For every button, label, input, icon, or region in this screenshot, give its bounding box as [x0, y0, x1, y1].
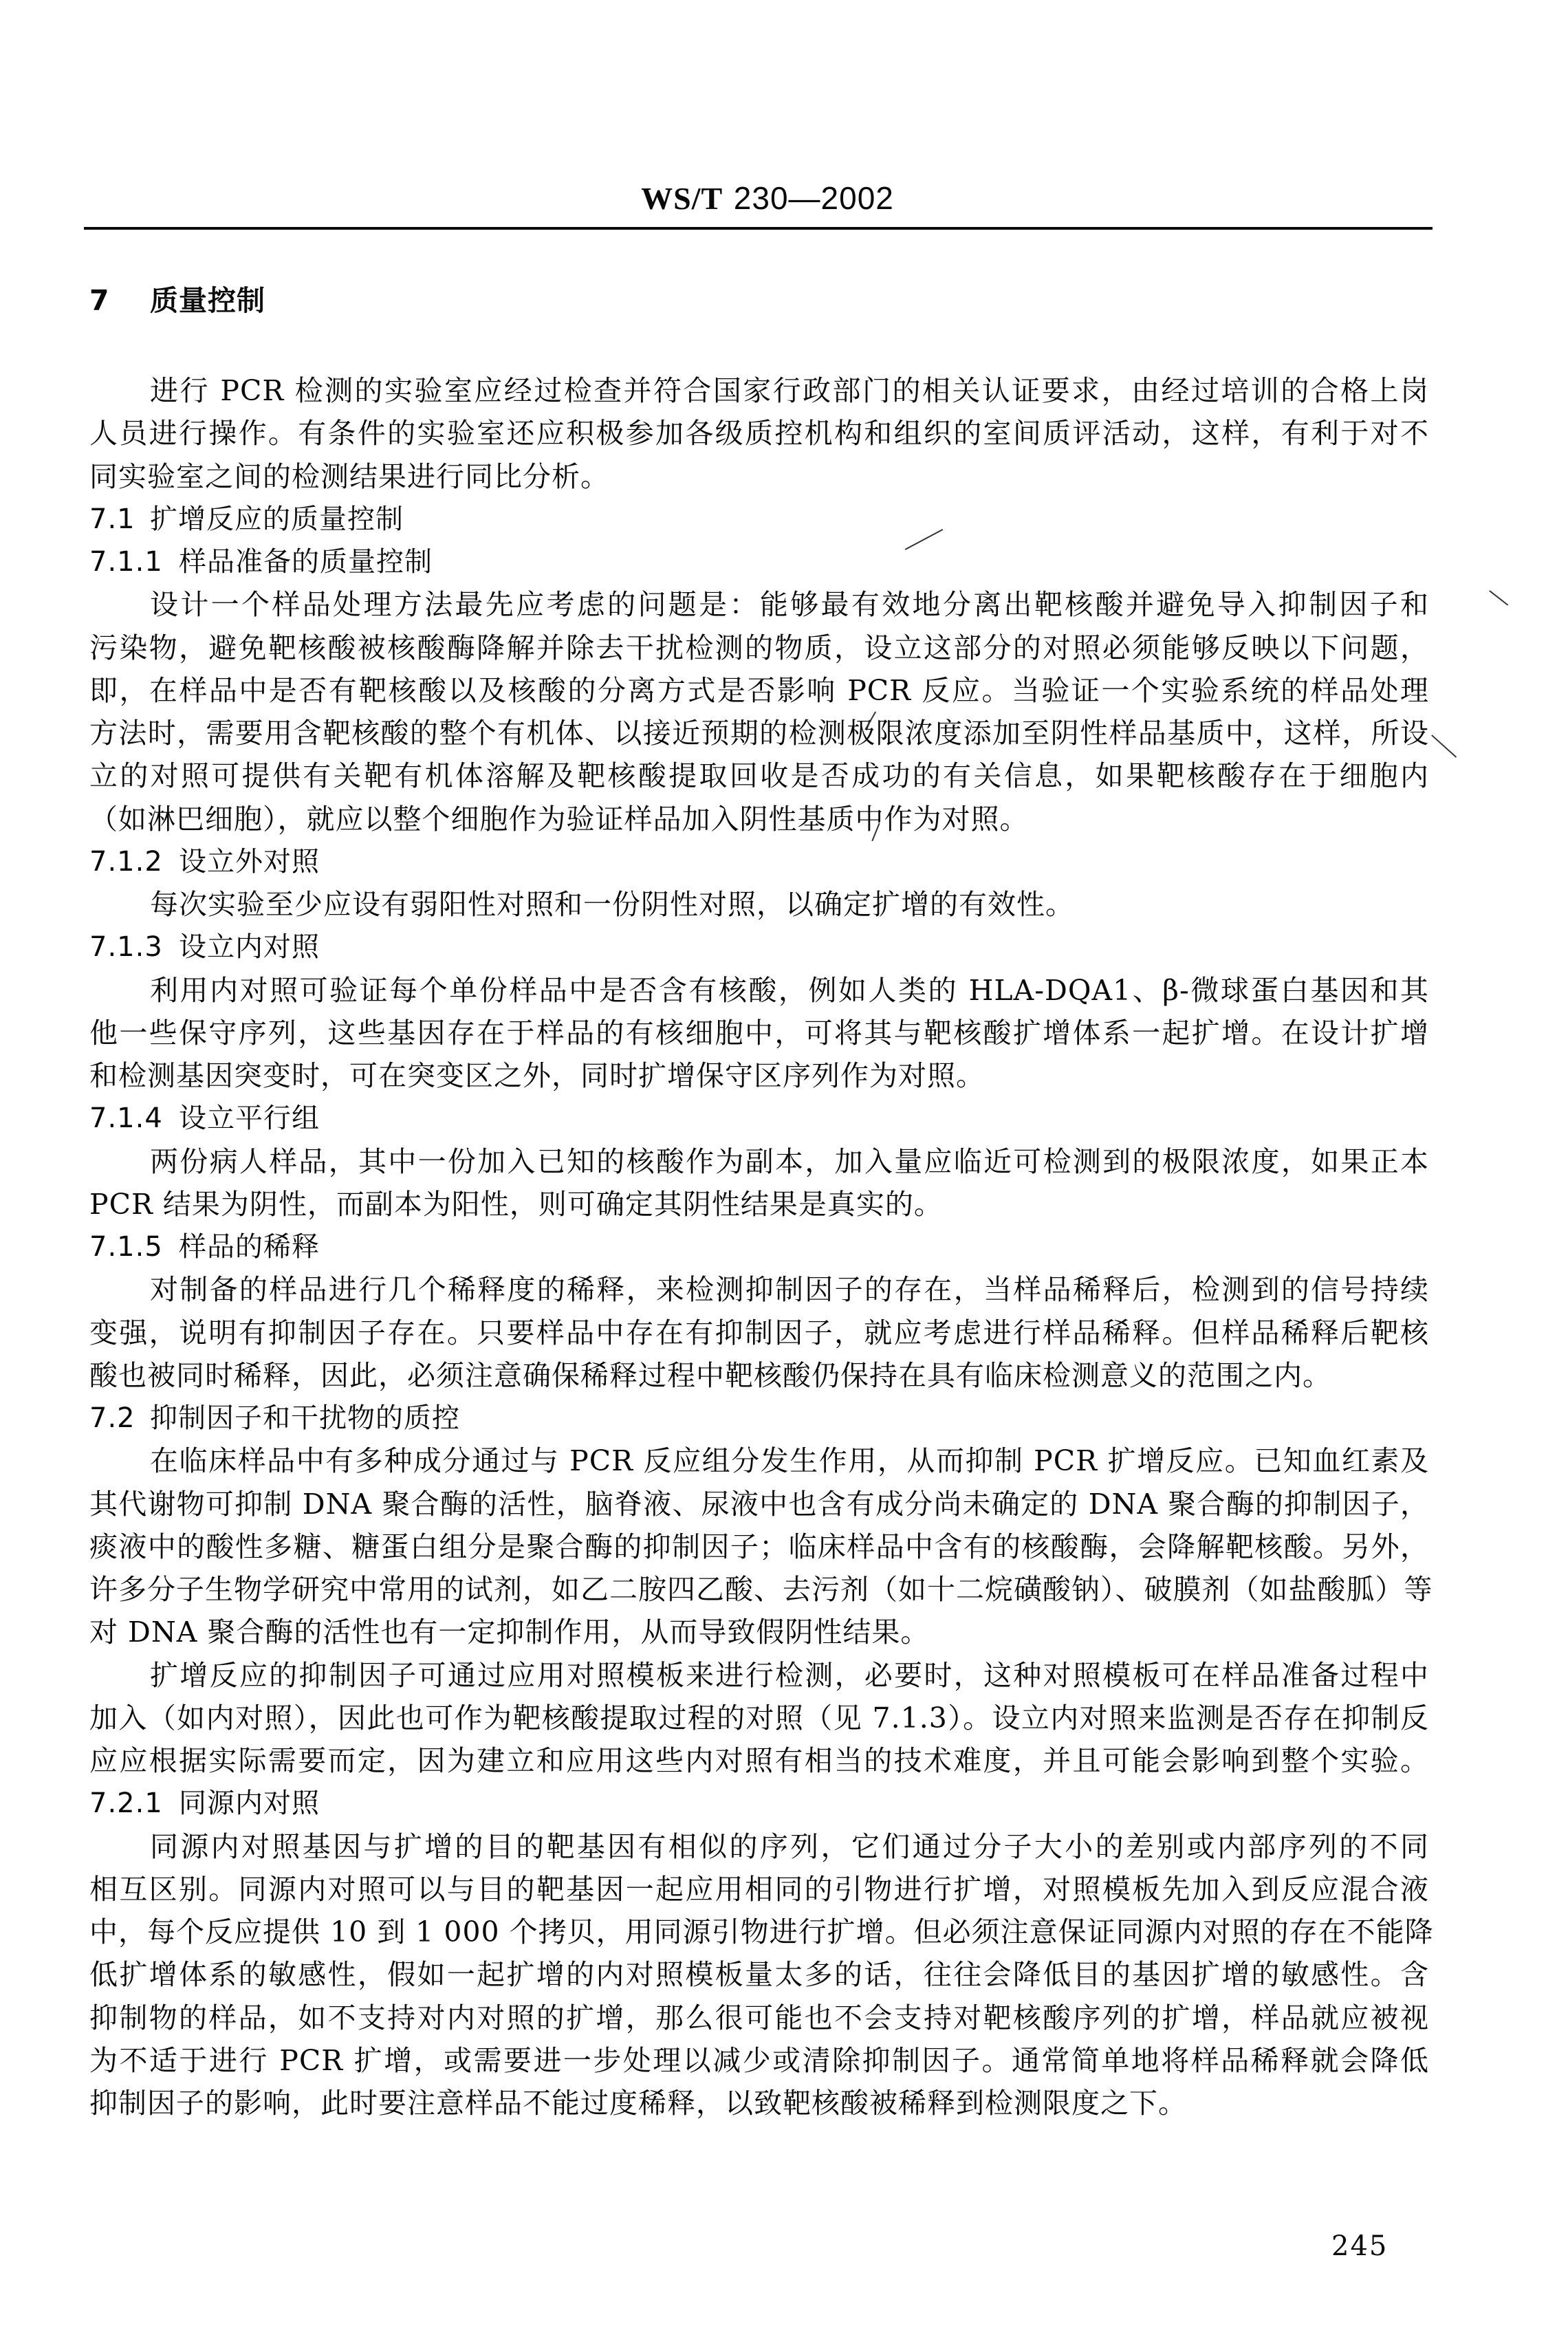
text-line: 抑制物的样品，如不支持对内对照的扩增，那么很可能也不会支持对靶核酸序列的扩增，样… [89, 1997, 1429, 2039]
text-line: 利用内对照可验证每个单份样品中是否含有核酸，例如人类的 HLA-DQA1、β-微… [89, 969, 1429, 1012]
paragraph-7-2-a: 在临床样品中有多种成分通过与 PCR 反应组分发生作用，从而抑制 PCR 扩增反… [89, 1439, 1429, 1653]
header-rule [84, 227, 1433, 230]
text-line: 扩增反应的抑制因子可通过应用对照模板来进行检测，必要时，这种对照模板可在样品准备… [89, 1654, 1429, 1697]
section-heading-7-1-4: 7.1.4设立平行组 [89, 1097, 1429, 1140]
section-title: 样品的稀释 [179, 1231, 320, 1263]
text-line: 低扩增体系的敏感性，假如一起扩增的内对照模板量太多的话，往往会降低目的基因扩增的… [89, 1953, 1429, 1996]
section-title: 扩增反应的质量控制 [150, 503, 404, 535]
paragraph-7-2-b: 扩增反应的抑制因子可通过应用对照模板来进行检测，必要时，这种对照模板可在样品准备… [89, 1654, 1429, 1783]
text-line: 立的对照可提供有关靶有机体溶解及靶核酸提取回收是否成功的有关信息，如果靶核酸存在… [89, 754, 1429, 797]
section-heading-7-1-3: 7.1.3设立内对照 [89, 926, 1429, 968]
section-heading-7-1-5: 7.1.5样品的稀释 [89, 1226, 1429, 1268]
standard-number: 230—2002 [734, 180, 894, 216]
section-number: 7.2 [89, 1397, 150, 1439]
text-line: 应应根据实际需要而定，因为建立和应用这些内对照有相当的技术难度，并且可能会影响到… [89, 1739, 1429, 1782]
text-line: 对 DNA 聚合酶的活性也有一定抑制作用，从而导致假阴性结果。 [89, 1611, 1429, 1653]
section-number: 7.2.1 [89, 1782, 179, 1825]
text-line: PCR 结果为阴性，而副本为阳性，则可确定其阴性结果是真实的。 [89, 1183, 1429, 1226]
paragraph-7-2-1: 同源内对照基因与扩增的目的靶基因有相似的序列，它们通过分子大小的差别或内部序列的… [89, 1825, 1429, 2125]
section-title: 设立外对照 [179, 846, 320, 878]
paragraph-7-1-2: 每次实验至少应设有弱阳性对照和一份阴性对照，以确定扩增的有效性。 [89, 883, 1429, 926]
text-line: 酸也被同时稀释，因此，必须注意确保稀释过程中靶核酸仍保持在具有临床检测意义的范围… [89, 1354, 1429, 1397]
section-title: 同源内对照 [179, 1787, 320, 1819]
standard-code: WS/T [641, 181, 723, 216]
section-heading-7: 7质量控制 [89, 279, 1429, 369]
text-line: 许多分子生物学研究中常用的试剂，如乙二胺四乙酸、去污剂（如十二烷磺酸钠）、破膜剂… [89, 1568, 1429, 1611]
text-line: 他一些保守序列，这些基因存在于样品的有核细胞中，可将其与靶核酸扩增体系一起扩增。… [89, 1012, 1429, 1054]
text-line: 即，在样品中是否有靶核酸以及核酸的分离方式是否影响 PCR 反应。当验证一个实验… [89, 669, 1429, 712]
text-line: 设计一个样品处理方法最先应考虑的问题是：能够最有效地分离出靶核酸并避免导入抑制因… [89, 583, 1429, 626]
text-line: 同源内对照基因与扩增的目的靶基因有相似的序列，它们通过分子大小的差别或内部序列的… [89, 1825, 1429, 1868]
text-line: 人员进行操作。有条件的实验室还应积极参加各级质控机构和组织的室间质评活动，这样，… [89, 412, 1429, 455]
section-heading-7-2: 7.2抑制因子和干扰物的质控 [89, 1397, 1429, 1439]
text-line: 为不适于进行 PCR 扩增，或需要进一步处理以减少或清除抑制因子。通常简单地将样… [89, 2039, 1429, 2082]
text-line: 每次实验至少应设有弱阳性对照和一份阴性对照，以确定扩增的有效性。 [89, 883, 1429, 926]
section-title: 样品准备的质量控制 [179, 546, 433, 578]
text-line: 和检测基因突变时，可在突变区之外，同时扩增保守区序列作为对照。 [89, 1054, 1429, 1097]
paragraph-7-1-1: 设计一个样品处理方法最先应考虑的问题是：能够最有效地分离出靶核酸并避免导入抑制因… [89, 583, 1429, 840]
text-line: 加入（如内对照），因此也可作为靶核酸提取过程的对照（见 7.1.3）。设立内对照… [89, 1697, 1429, 1739]
section-heading-7-2-1: 7.2.1同源内对照 [89, 1782, 1429, 1825]
text-line: 痰液中的酸性多糖、糖蛋白组分是聚合酶的抑制因子；临床样品中含有的核酸酶，会降解靶… [89, 1525, 1429, 1568]
scan-artifact [1490, 590, 1509, 605]
paragraph-7-1-3: 利用内对照可验证每个单份样品中是否含有核酸，例如人类的 HLA-DQA1、β-微… [89, 969, 1429, 1098]
page-header: WS/T 230—2002 [0, 180, 1535, 217]
section-number: 7 [89, 279, 150, 322]
paragraph-7: 进行 PCR 检测的实验室应经过检查并符合国家行政部门的相关认证要求，由经过培训… [89, 369, 1429, 498]
text-line: 抑制因子的影响，此时要注意样品不能过度稀释，以致靶核酸被稀释到检测限度之下。 [89, 2082, 1429, 2124]
text-line: 进行 PCR 检测的实验室应经过检查并符合国家行政部门的相关认证要求，由经过培训… [89, 369, 1429, 412]
paragraph-7-1-5: 对制备的样品进行几个稀释度的稀释，来检测抑制因子的存在，当样品稀释后，检测到的信… [89, 1268, 1429, 1397]
text-line: 同实验室之间的检测结果进行同比分析。 [89, 455, 1429, 498]
section-title: 设立平行组 [179, 1102, 320, 1134]
text-line: （如淋巴细胞），就应以整个细胞作为验证样品加入阴性基质中作为对照。 [89, 798, 1429, 840]
section-number: 7.1.5 [89, 1226, 179, 1268]
document-body: 7质量控制 进行 PCR 检测的实验室应经过检查并符合国家行政部门的相关认证要求… [89, 279, 1429, 2124]
section-title: 质量控制 [150, 284, 265, 317]
text-line: 中，每个反应提供 10 到 1 000 个拷贝，用同源引物进行扩增。但必须注意保… [89, 1911, 1429, 1953]
scan-artifact [1431, 735, 1457, 757]
section-number: 7.1.1 [89, 541, 179, 583]
text-line: 在临床样品中有多种成分通过与 PCR 反应组分发生作用，从而抑制 PCR 扩增反… [89, 1439, 1429, 1482]
text-line: 对制备的样品进行几个稀释度的稀释，来检测抑制因子的存在，当样品稀释后，检测到的信… [89, 1268, 1429, 1311]
section-heading-7-1: 7.1扩增反应的质量控制 [89, 498, 1429, 541]
section-number: 7.1 [89, 498, 150, 541]
text-line: 相互区别。同源内对照可以与目的靶基因一起应用相同的引物进行扩增，对照模板先加入到… [89, 1868, 1429, 1911]
section-heading-7-1-2: 7.1.2设立外对照 [89, 840, 1429, 883]
section-title: 抑制因子和干扰物的质控 [150, 1402, 460, 1434]
page-number: 245 [1331, 2231, 1388, 2261]
text-line: 污染物，避免靶核酸被核酸酶降解并除去干扰检测的物质，设立这部分的对照必须能够反映… [89, 627, 1429, 669]
section-heading-7-1-1: 7.1.1样品准备的质量控制 [89, 541, 1429, 583]
section-number: 7.1.2 [89, 840, 179, 883]
text-line: 变强，说明有抑制因子存在。只要样品中存在有抑制因子，就应考虑进行样品稀释。但样品… [89, 1312, 1429, 1354]
text-line: 其代谢物可抑制 DNA 聚合酶的活性，脑脊液、尿液中也含有成分尚未确定的 DNA… [89, 1483, 1429, 1525]
text-line: 两份病人样品，其中一份加入已知的核酸作为副本，加入量应临近可检测到的极限浓度，如… [89, 1140, 1429, 1183]
section-number: 7.1.3 [89, 926, 179, 968]
text-line: 方法时，需要用含靶核酸的整个有机体、以接近预期的检测极限浓度添加至阴性样品基质中… [89, 712, 1429, 754]
section-title: 设立内对照 [179, 931, 320, 963]
section-number: 7.1.4 [89, 1097, 179, 1140]
paragraph-7-1-4: 两份病人样品，其中一份加入已知的核酸作为副本，加入量应临近可检测到的极限浓度，如… [89, 1140, 1429, 1226]
